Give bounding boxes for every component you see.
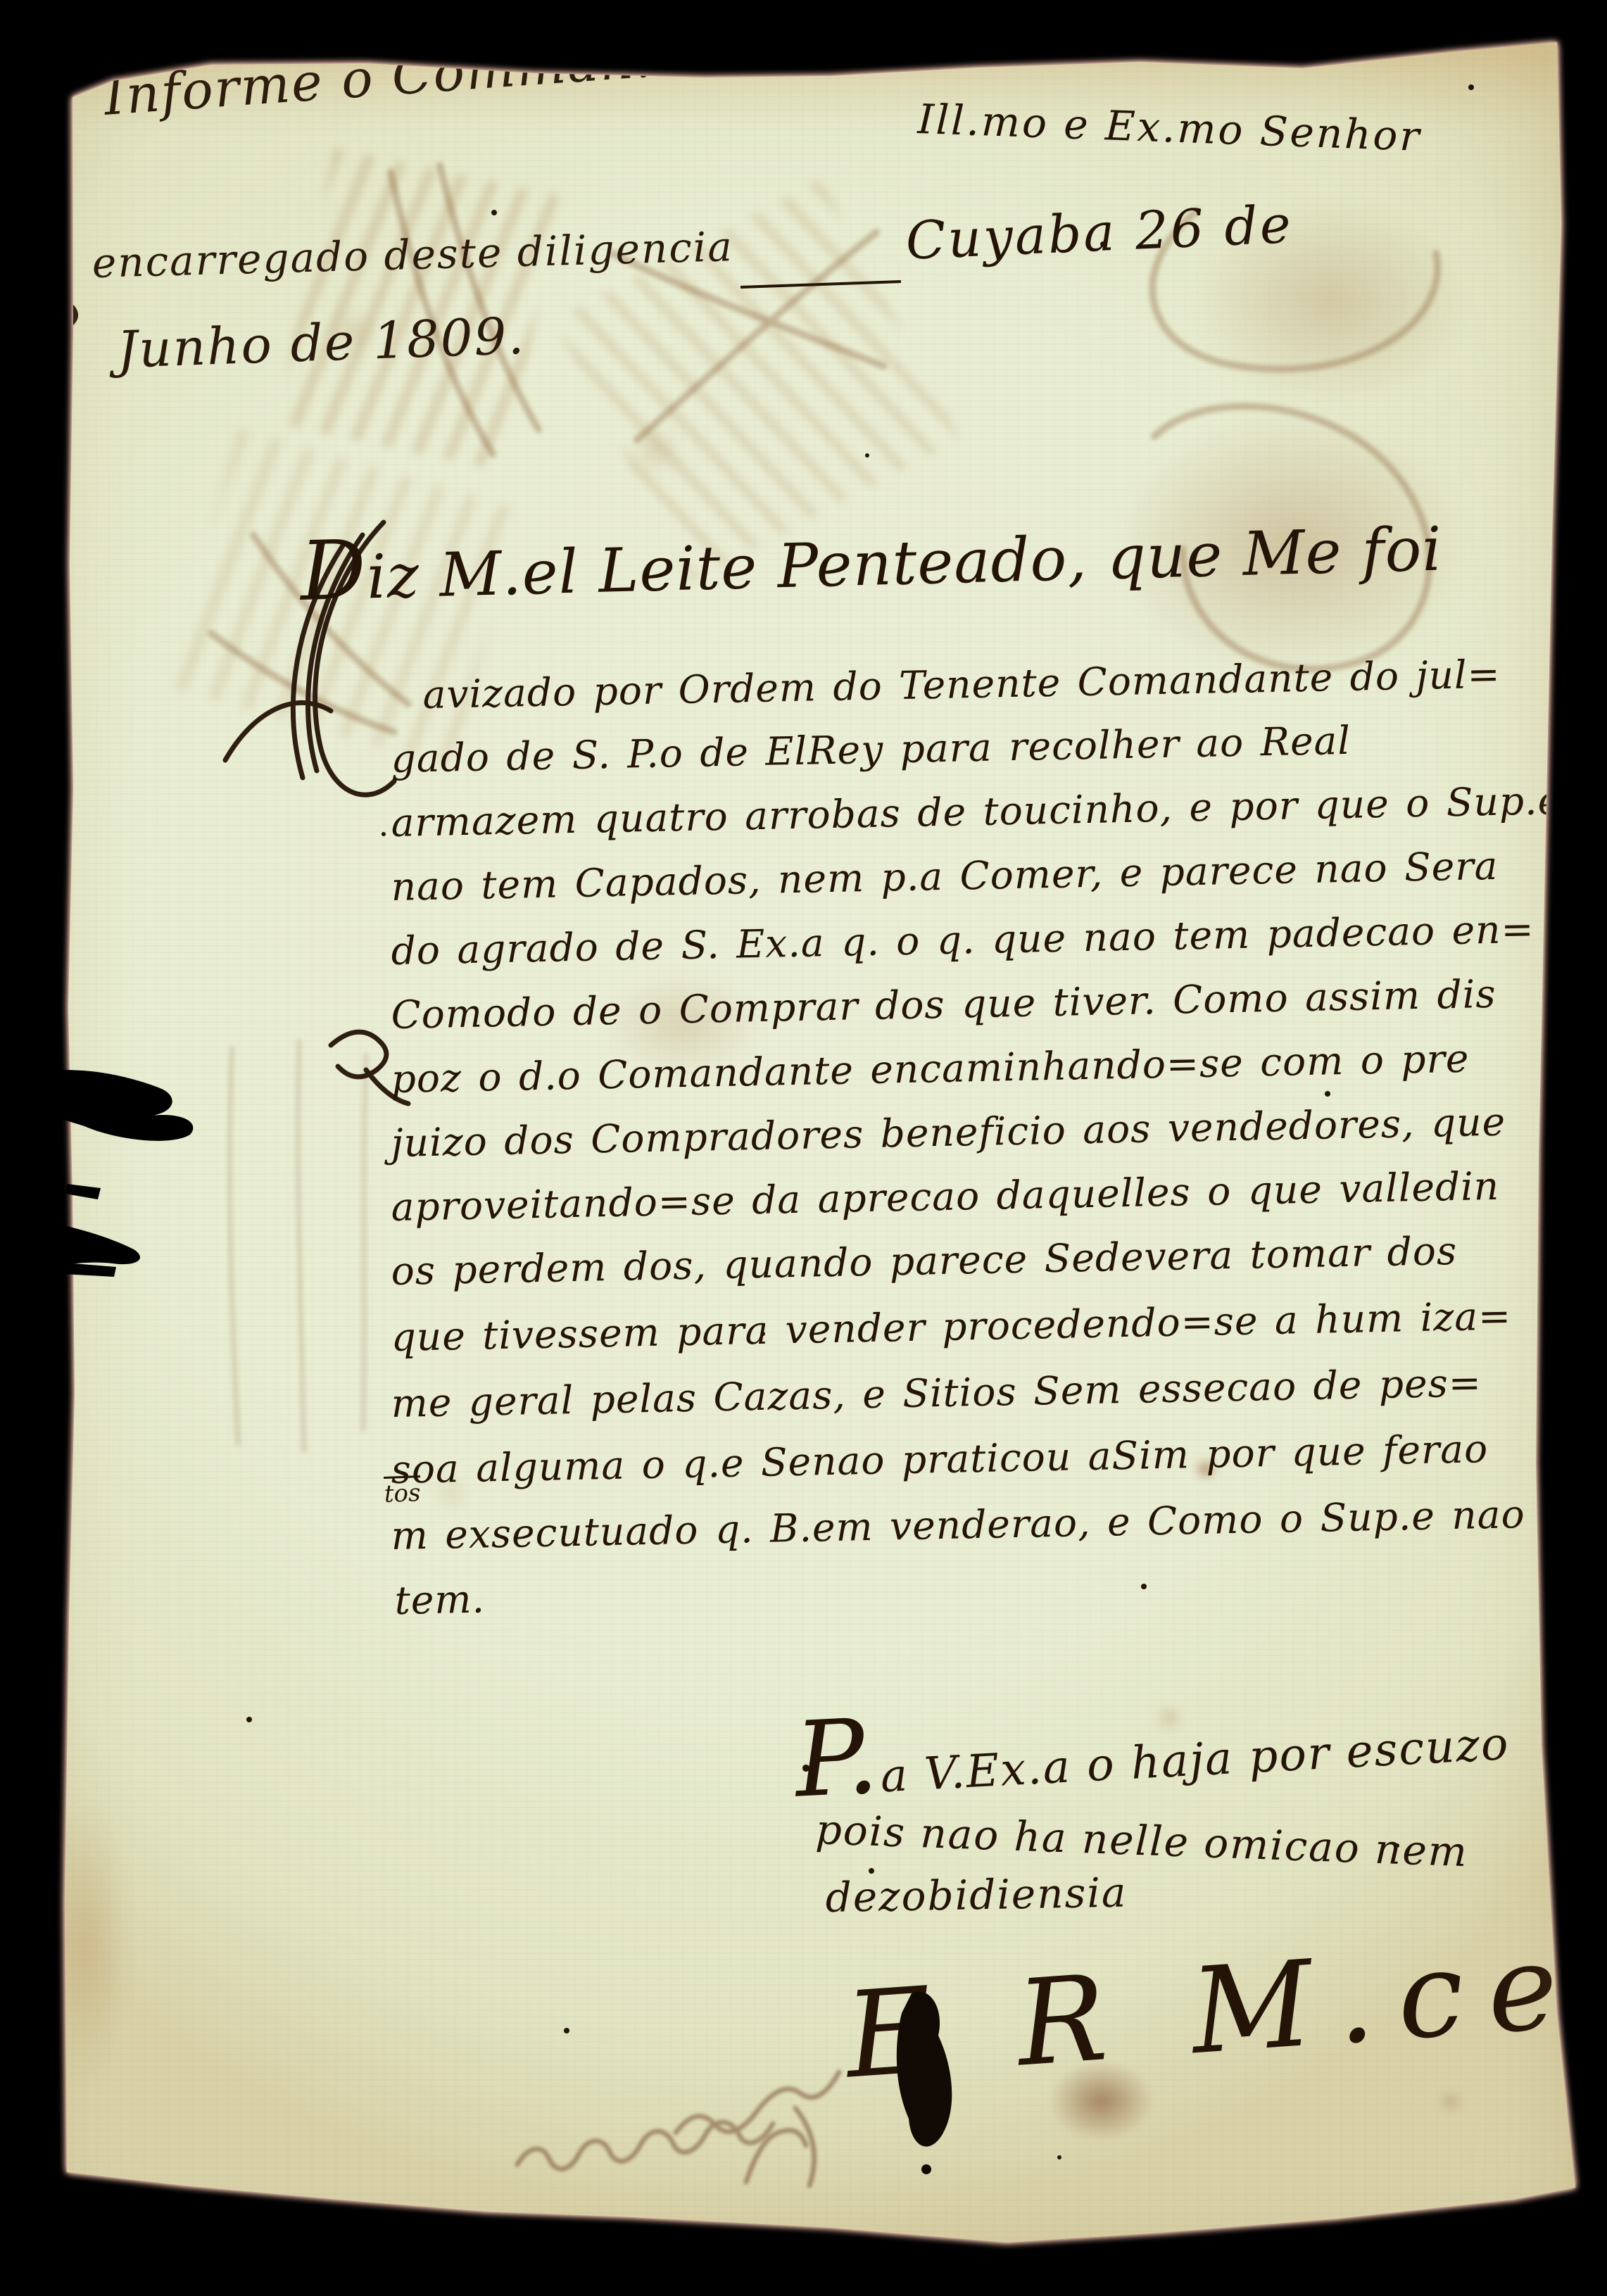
scanned-manuscript-page: Informe o Comman.te encarregado deste di…: [0, 0, 1607, 2296]
tear-holes: [0, 0, 1607, 2296]
